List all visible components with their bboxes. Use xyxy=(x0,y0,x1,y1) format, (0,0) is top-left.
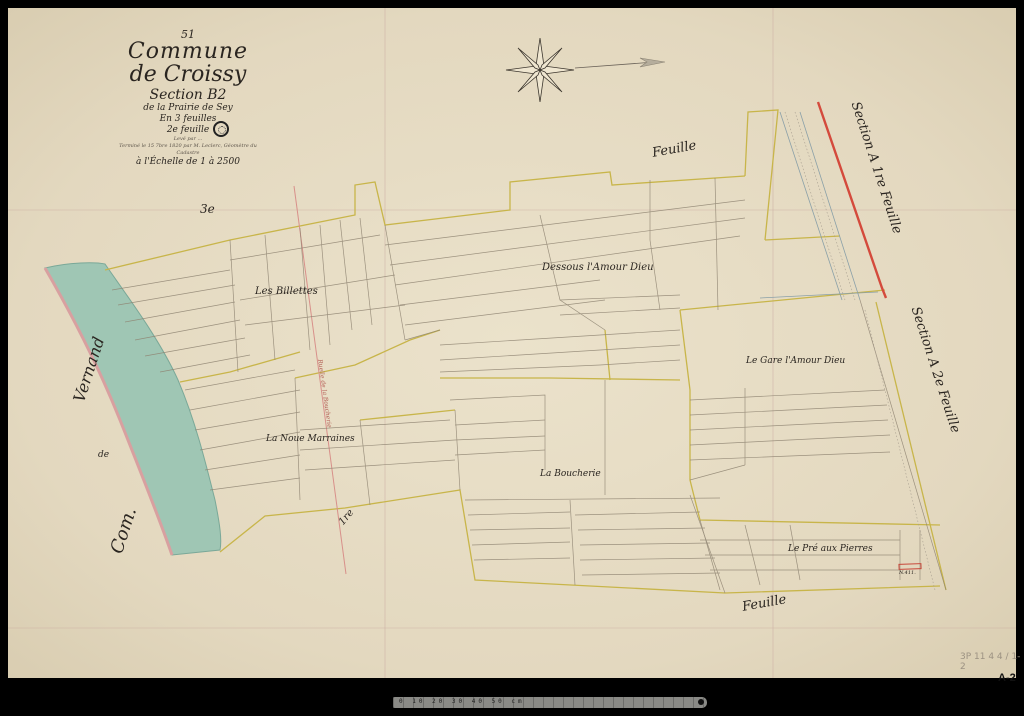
highlighted-parcel xyxy=(899,564,921,570)
place-le-gare-lamour-dieu: Le Gare l'Amour Dieu xyxy=(746,356,845,366)
title-cartouche: 51 Commune de Croissy Section B2 de la P… xyxy=(108,28,268,168)
north-arrow-icon xyxy=(575,58,665,68)
pencil-reference: 3P 11 4 4 / 1-2 xyxy=(960,652,1024,672)
sheet-count: En 3 feuilles xyxy=(108,114,268,125)
section-letter-label: 3e xyxy=(200,202,215,216)
parcel-number-label: N.411. xyxy=(899,570,916,576)
ruler-hole-icon xyxy=(698,699,704,705)
commune-name: de Croissy xyxy=(108,63,268,87)
de-label: de xyxy=(98,450,109,460)
compass-rose-icon xyxy=(506,38,574,102)
place-dessous-lamour-dieu: Dessous l'Amour Dieu xyxy=(542,262,654,273)
yellow-boundaries xyxy=(105,110,946,593)
place-les-billettes: Les Billettes xyxy=(255,286,318,297)
place-la-boucherie: La Boucherie xyxy=(540,469,601,479)
place-le-pre-aux-pierres: Le Pré aux Pierres xyxy=(788,544,873,554)
measurement-ruler: 0 10 20 30 40 50 cm xyxy=(393,697,707,708)
commune-label: Commune xyxy=(108,41,268,63)
place-la-noue-marraines: La Noue Marraines xyxy=(266,434,355,444)
section-label: Section B2 xyxy=(108,87,268,103)
hatching xyxy=(785,112,935,590)
section-name: de la Prairie de Sey xyxy=(108,103,268,114)
archive-stamp-icon xyxy=(213,121,229,137)
ruler-marks: 0 10 20 30 40 50 cm xyxy=(399,698,525,705)
surveyor-note: Terminé le 15 7bre 1820 par M. Leclerc, … xyxy=(108,143,268,157)
sheet-index: 2e feuille xyxy=(108,125,268,136)
scale-label: à l'Échelle de 1 à 2500 xyxy=(108,157,268,168)
sheet-code: A-2 xyxy=(998,672,1016,684)
parcel-lines xyxy=(112,178,946,593)
survey-note: Levé par ... xyxy=(108,136,268,143)
